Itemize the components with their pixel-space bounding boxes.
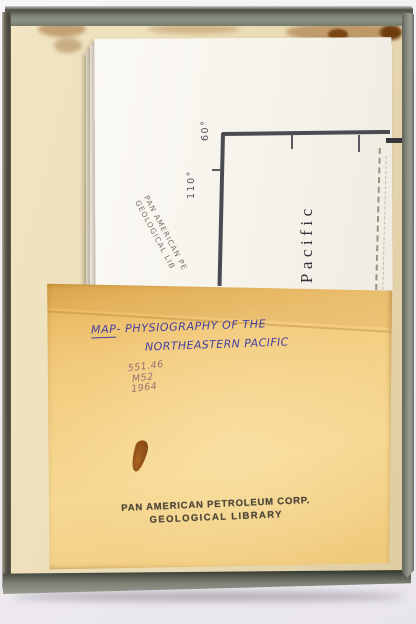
handwritten-underlined-word: MAP xyxy=(91,323,117,339)
map-border-line-segment xyxy=(386,138,402,143)
handwritten-title-line1-rest: - PHYSIOGRAPHY OF THE xyxy=(116,317,266,335)
map-tick-mark xyxy=(358,135,360,152)
handwritten-title-line2: NORTHEASTERN PACIFIC xyxy=(145,335,289,353)
library-stamp: PAN AMERICAN PETROLEUM CORP. GEOLOGICAL … xyxy=(114,494,319,529)
photo-of-library-book: 60° 110° rn Pacific PAN AMERICAN PE GEOL… xyxy=(0,0,416,624)
book-cover-top-edge xyxy=(5,6,413,26)
book-shadow xyxy=(14,592,404,601)
map-coordinate-label-60: 60° xyxy=(200,120,211,141)
handwritten-call-number: 551.46 M52 1964 xyxy=(127,360,167,396)
map-tick-mark xyxy=(212,169,221,171)
handwritten-title-line1: MAP- PHYSIOGRAPHY OF THE xyxy=(91,323,117,337)
map-coordinate-label-110: 110° xyxy=(186,170,197,199)
page-stain xyxy=(54,38,82,53)
book-cover-right-edge xyxy=(402,12,414,578)
envelope-stain xyxy=(129,439,150,473)
manila-map-pocket-envelope: MAP- PHYSIOGRAPHY OF THE NORTHEASTERN PA… xyxy=(44,282,392,570)
call-number-line3: 1964 xyxy=(131,381,167,396)
book-cover-bottom-edge xyxy=(3,570,411,594)
folded-map-sheet-front xyxy=(94,37,392,293)
book-cover-left-edge xyxy=(2,12,11,590)
map-tick-mark xyxy=(291,135,293,149)
